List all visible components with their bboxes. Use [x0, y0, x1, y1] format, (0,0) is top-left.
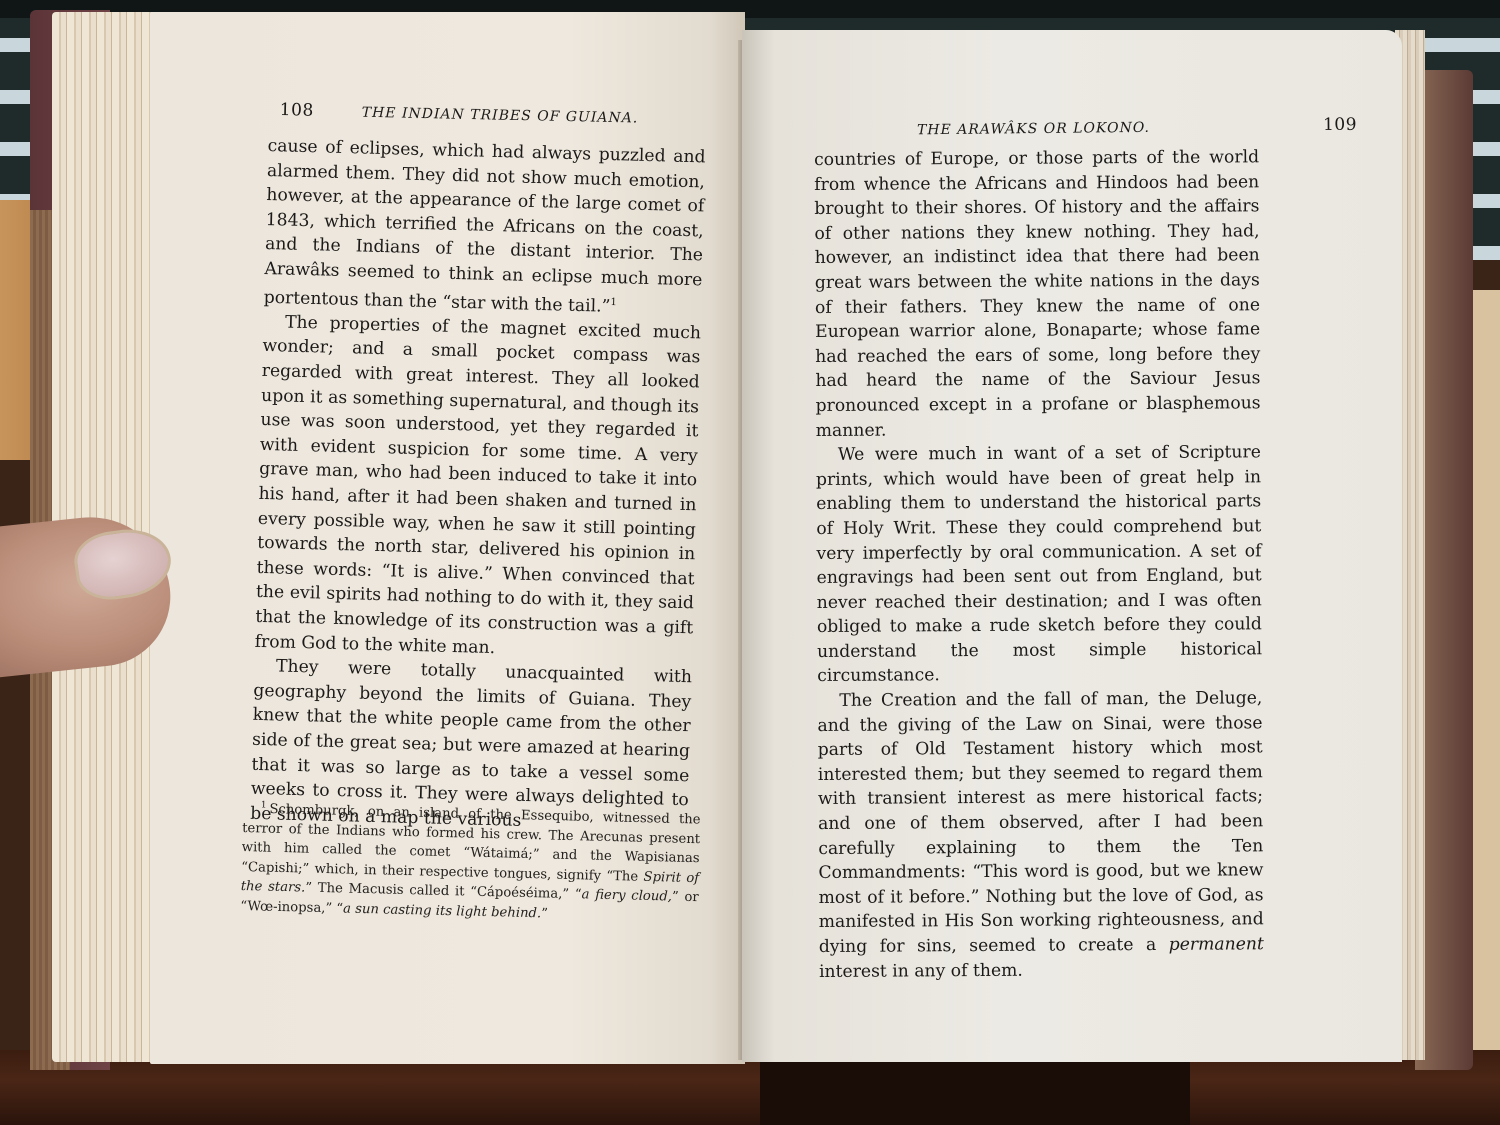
running-title: THE INDIAN TRIBES OF GUIANA.: [362, 105, 639, 127]
footnote-reference[interactable]: 1: [610, 297, 617, 308]
footnote: 1Schomburgk, on an island of the Essequi…: [240, 796, 701, 928]
emphasis: permanent: [1169, 934, 1264, 955]
page-number: 109: [1323, 115, 1357, 135]
running-title: THE ARAWÂKS OR LOKONO.: [917, 120, 1150, 138]
right-running-head: THE ARAWÂKS OR LOKONO. 109: [917, 115, 1357, 140]
page-number: 108: [280, 100, 314, 121]
paragraph: The Creation and the fall of man, the De…: [817, 686, 1264, 984]
left-running-head: 108 THE INDIAN TRIBES OF GUIANA.: [280, 100, 680, 128]
left-body-text: cause of eclipses, which had always puzz…: [250, 134, 706, 838]
paragraph: The properties of the magnet excited muc…: [254, 310, 701, 666]
left-page: 108 THE INDIAN TRIBES OF GUIANA. cause o…: [150, 12, 745, 1064]
paragraph: We were much in want of a set of Scriptu…: [816, 440, 1262, 689]
right-page: THE ARAWÂKS OR LOKONO. 109 countries of …: [742, 30, 1402, 1062]
right-body-text: countries of Europe, or those parts of t…: [814, 145, 1264, 984]
book-shadow: [760, 1060, 1190, 1125]
paragraph: countries of Europe, or those parts of t…: [814, 145, 1261, 443]
footnote-marker: 1: [261, 800, 267, 810]
paragraph: cause of eclipses, which had always puzz…: [263, 134, 705, 321]
